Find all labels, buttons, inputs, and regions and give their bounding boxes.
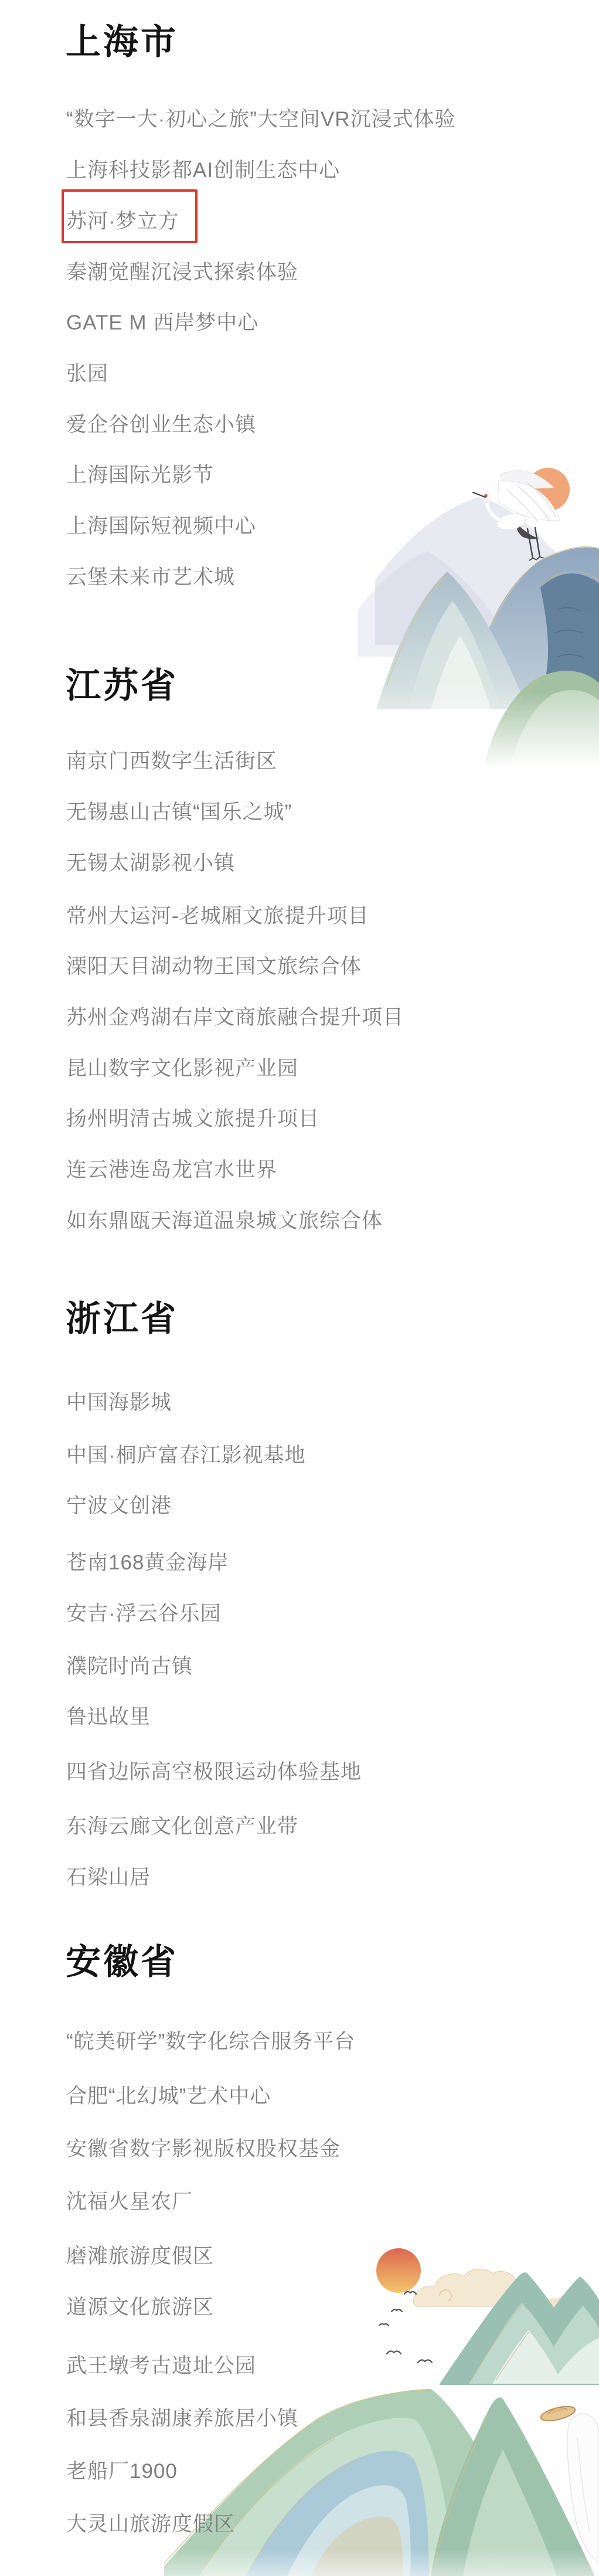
list-item: 连云港连岛龙宫水世界	[66, 1159, 277, 1182]
list-item: 苍南168黄金海岸	[66, 1552, 229, 1575]
list-item: 中国海影城	[66, 1392, 172, 1415]
list-item: 道源文化旅游区	[66, 2296, 214, 2319]
list-item: 常州大运河-老城厢文旅提升项目	[66, 905, 369, 928]
list-item: “数字一大·初心之旅”大空间VR沉浸式体验	[66, 108, 456, 131]
list-item: 扬州明清古城文旅提升项目	[66, 1108, 319, 1131]
foreground-right-peak	[431, 2397, 595, 2576]
list-item: 东海云廊文化创意产业带	[66, 1816, 298, 1838]
list-item-highlighted: 苏河·梦立方	[66, 210, 179, 233]
mist-mountains	[358, 497, 599, 657]
list-item: 溧阳天目湖动物王国文旅综合体	[66, 956, 362, 978]
clouds	[413, 2269, 584, 2307]
birds-icon	[379, 2292, 470, 2378]
small-hill	[330, 2441, 384, 2576]
list-item: 昆山数字文化影视产业园	[66, 1058, 298, 1080]
list-item: 安徽省数字影视版权股权基金	[66, 2138, 341, 2161]
sunrise-sun-icon	[376, 2248, 421, 2293]
mid-mountain-range	[440, 2272, 599, 2385]
section-heading-shanghai: 上海市	[66, 25, 178, 60]
list-item: 上海国际光影节	[66, 464, 214, 487]
section-heading-jiangsu: 江苏省	[66, 668, 178, 704]
list-item: 中国·桐庐富春江影视基地	[66, 1445, 306, 1467]
green-hills	[484, 671, 599, 768]
list-item: 苏州金鸡湖右岸文商旅融合提升项目	[66, 1007, 404, 1029]
list-item: 四省边际高空极限运动体验基地	[66, 1761, 362, 1784]
decoration-mountains-crane	[352, 434, 599, 768]
list-item: 无锡惠山古镇“国乐之城”	[66, 801, 292, 824]
list-item: 爱企谷创业生态小镇	[66, 414, 256, 437]
list-item: 石梁山居	[66, 1867, 151, 1889]
list-item: 大灵山旅游度假区	[66, 2513, 235, 2536]
list-item: 武王墩考古遗址公园	[66, 2355, 256, 2378]
list-item: 沈福火星农厂	[66, 2191, 193, 2214]
article-page: { "page": { "background": "#ffffff", "it…	[0, 0, 599, 2576]
robed-figure	[539, 2404, 599, 2564]
list-item: 上海科技影都AI创制生态中心	[66, 159, 340, 182]
slate-mountain	[478, 547, 599, 709]
low-left-slope	[170, 2543, 369, 2576]
list-item: 老船厂1900	[66, 2461, 178, 2483]
section-heading-zhejiang: 浙江省	[66, 1301, 178, 1337]
list-item: 云堡未来市艺术城	[66, 566, 235, 589]
list-item: 磨滩旅游度假区	[66, 2245, 214, 2268]
list-item: 宁波文创港	[66, 1495, 172, 1518]
crane-wing-partial	[585, 569, 599, 582]
list-item: 南京门西数字生活街区	[66, 750, 277, 773]
section-heading-anhui: 安徽省	[66, 1945, 178, 1980]
list-item: 秦潮觉醒沉浸式探索体验	[66, 261, 298, 284]
list-item: 和县香泉湖康养旅居小镇	[66, 2408, 298, 2431]
pale-mountain	[376, 572, 522, 709]
list-item: 如东鼎瓯天海道温泉城文旅综合体	[66, 1210, 383, 1233]
straw-hat-icon	[539, 2404, 576, 2424]
list-item: 合肥“北幻城”艺术中心	[66, 2085, 271, 2108]
list-item: 无锡太湖影视小镇	[66, 852, 235, 875]
list-item: 鲁迅故里	[66, 1706, 151, 1729]
list-item: “皖美研学”数字化综合服务平台	[66, 2031, 355, 2054]
crane-icon	[473, 471, 560, 560]
list-item: GATE M 西岸梦中心	[66, 312, 258, 335]
list-item: 上海国际短视频中心	[66, 515, 256, 538]
list-item: 安吉·浮云谷乐园	[66, 1603, 222, 1626]
sun-icon	[526, 468, 570, 511]
list-item: 张园	[66, 363, 108, 386]
list-item: 濮院时尚古镇	[66, 1656, 193, 1678]
